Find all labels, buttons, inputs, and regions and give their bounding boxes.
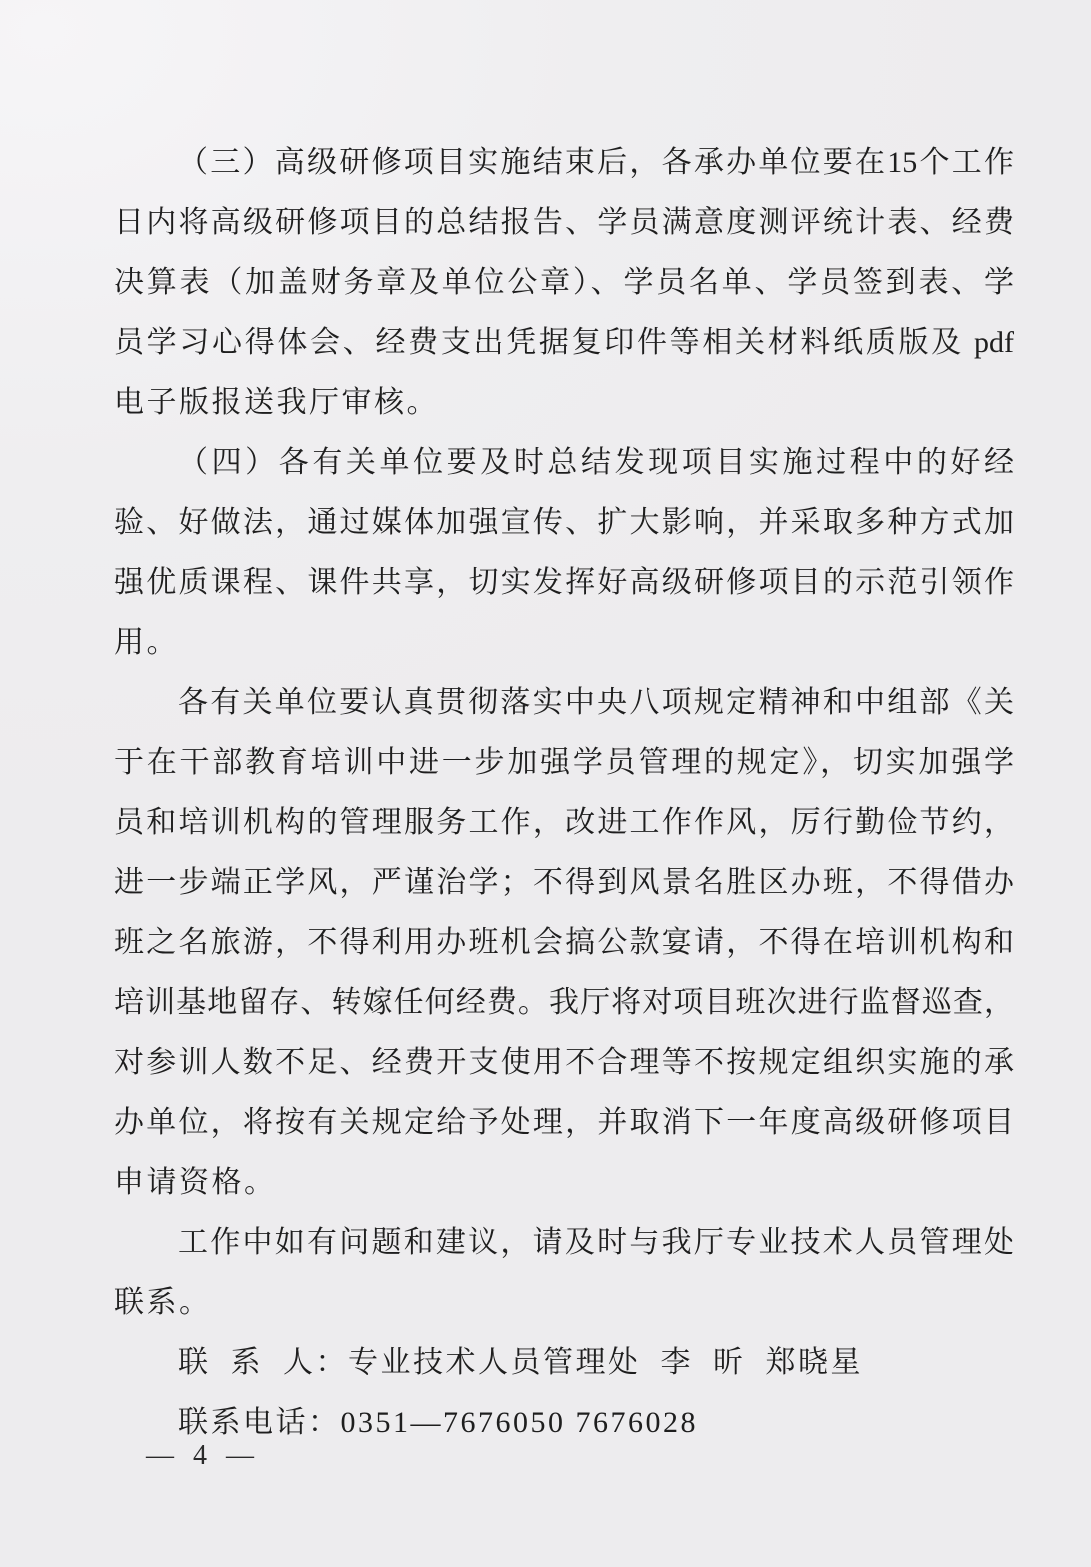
text-line: 于在干部教育培训中进一步加强学员管理的规定》，切实加强学 (114, 733, 1014, 793)
document-body: （三）高级研修项目实施结束后，各承办单位要在15个工作日内将高级研修项目的总结报… (114, 133, 1014, 1453)
text-line: 员和培训机构的管理服务工作，改进工作作风，厉行勤俭节约， (114, 793, 1014, 853)
paragraph-item-4: （四）各有关单位要及时总结发现项目实施过程中的好经验、好做法，通过媒体加强宣传、… (114, 433, 1014, 673)
text-line: 验、好做法，通过媒体加强宣传、扩大影响，并采取多种方式加 (114, 493, 1014, 553)
text-line: 对参训人数不足、经费开支使用不合理等不按规定组织实施的承 (114, 1033, 1014, 1093)
text-line: 班之名旅游，不得利用办班机会搞公款宴请，不得在培训机构和 (114, 913, 1014, 973)
text-line: 工作中如有问题和建议，请及时与我厅专业技术人员管理处 (114, 1213, 1014, 1273)
text-line: 培训基地留存、转嫁任何经费。我厅将对项目班次进行监督巡查， (114, 973, 1014, 1033)
text-line: 申请资格。 (114, 1153, 1014, 1213)
text-line: 强优质课程、课件共享，切实发挥好高级研修项目的示范引领作 (114, 553, 1014, 613)
text-line: 员学习心得体会、经费支出凭据复印件等相关材料纸质版及 pdf (114, 313, 1014, 373)
text-line: （三）高级研修项目实施结束后，各承办单位要在15个工作 (114, 133, 1014, 193)
paragraph-discipline: 各有关单位要认真贯彻落实中央八项规定精神和中组部《关于在干部教育培训中进一步加强… (114, 673, 1014, 1213)
document-page: （三）高级研修项目实施结束后，各承办单位要在15个工作日内将高级研修项目的总结报… (0, 0, 1091, 1567)
text-line: 用。 (114, 613, 1014, 673)
text-line: （四）各有关单位要及时总结发现项目实施过程中的好经 (114, 433, 1014, 493)
text-line: 联 系 人：专业技术人员管理处 李 昕 郑晓星 (114, 1333, 1014, 1393)
text-line: 日内将高级研修项目的总结报告、学员满意度测评统计表、经费 (114, 193, 1014, 253)
contact-person-line: 联 系 人：专业技术人员管理处 李 昕 郑晓星 (114, 1333, 1014, 1393)
paragraph-questions: 工作中如有问题和建议，请及时与我厅专业技术人员管理处联系。 (114, 1213, 1014, 1333)
text-line: 联系。 (114, 1273, 1014, 1333)
text-line: 决算表（加盖财务章及单位公章）、学员名单、学员签到表、学 (114, 253, 1014, 313)
text-line: 办单位，将按有关规定给予处理，并取消下一年度高级研修项目 (114, 1093, 1014, 1153)
text-line: 各有关单位要认真贯彻落实中央八项规定精神和中组部《关 (114, 673, 1014, 733)
paragraph-item-3: （三）高级研修项目实施结束后，各承办单位要在15个工作日内将高级研修项目的总结报… (114, 133, 1014, 433)
text-line: 进一步端正学风，严谨治学；不得到风景名胜区办班，不得借办 (114, 853, 1014, 913)
page-number: — 4 — (146, 1436, 260, 1476)
text-line: 电子版报送我厅审核。 (114, 373, 1014, 433)
